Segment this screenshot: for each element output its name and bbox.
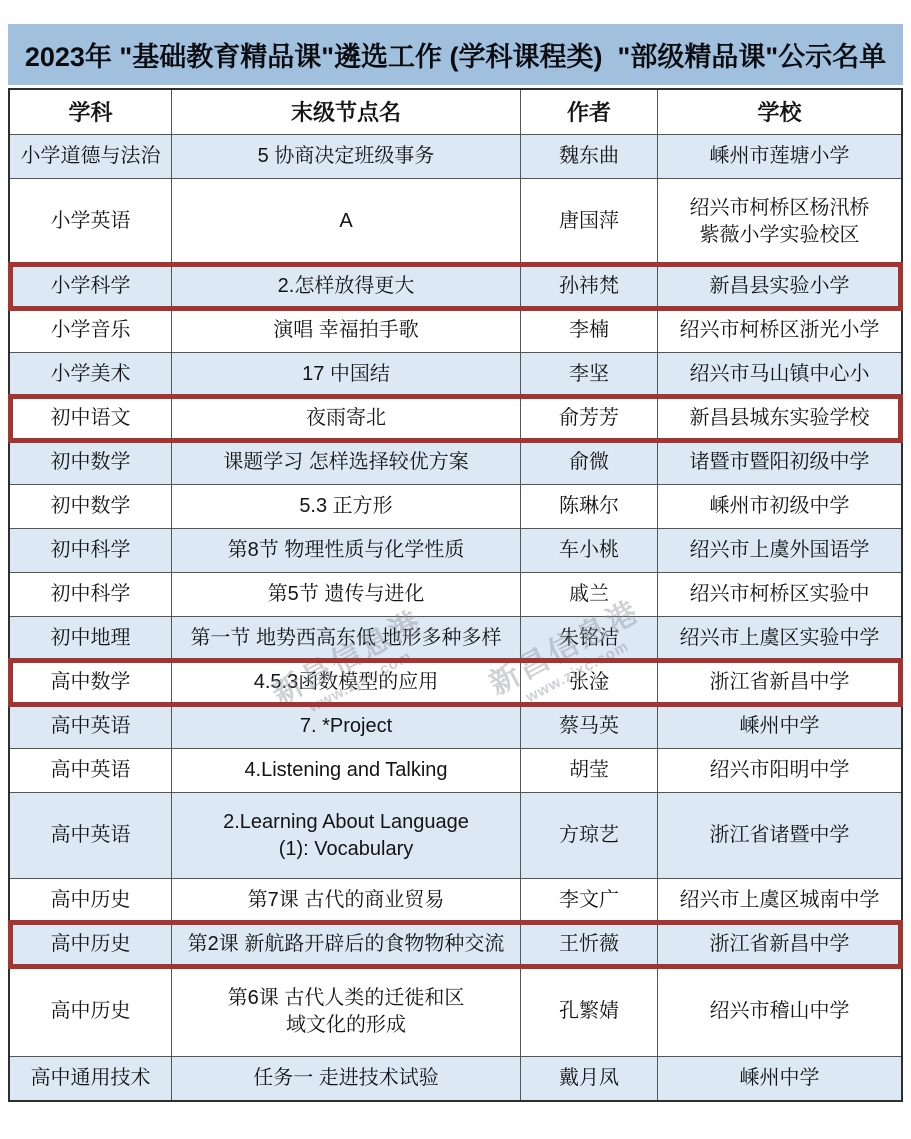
cell-subject: 高中英语 <box>10 793 171 878</box>
cell-school: 绍兴市稽山中学 <box>657 967 901 1056</box>
cell-node-name: A <box>171 179 520 264</box>
cell-node-name: 7. *Project <box>171 705 520 748</box>
cell-subject: 小学科学 <box>10 265 171 308</box>
table-row: 高中英语 2.Learning About Language (1): Voca… <box>10 792 901 878</box>
table-row: 小学音乐 演唱 幸福拍手歌 李楠 绍兴市柯桥区浙光小学 <box>10 308 901 352</box>
cell-author: 蔡马英 <box>520 705 657 748</box>
cell-author: 魏东曲 <box>520 135 657 178</box>
cell-school: 新昌县实验小学 <box>657 265 901 308</box>
cell-subject: 小学英语 <box>10 179 171 264</box>
cell-subject: 高中英语 <box>10 705 171 748</box>
table-body: 小学道德与法治 5 协商决定班级事务 魏东曲 嵊州市莲塘小学 小学英语 A 唐国… <box>10 134 901 1100</box>
cell-author: 唐国萍 <box>520 179 657 264</box>
table-row: 高中历史 第6课 古代人类的迁徙和区 域文化的形成 孔繁婧 绍兴市稽山中学 <box>10 966 901 1056</box>
cell-node-name: 课题学习 怎样选择较优方案 <box>171 441 520 484</box>
table-row-highlighted: 高中历史 第2课 新航路开辟后的食物物种交流 王忻薇 浙江省新昌中学 <box>10 922 901 966</box>
table-row: 小学英语 A 唐国萍 绍兴市柯桥区杨汛桥 紫薇小学实验校区 <box>10 178 901 264</box>
cell-school: 浙江省新昌中学 <box>657 661 901 704</box>
cell-subject: 初中语文 <box>10 397 171 440</box>
cell-node-name: 第一节 地势西高东低 地形多种多样 <box>171 617 520 660</box>
cell-subject: 初中科学 <box>10 529 171 572</box>
cell-author: 胡莹 <box>520 749 657 792</box>
cell-subject: 初中地理 <box>10 617 171 660</box>
results-table: 学科 末级节点名 作者 学校 小学道德与法治 5 协商决定班级事务 魏东曲 嵊州… <box>8 88 903 1102</box>
table-row: 高中通用技术 任务一 走进技术试验 戴月凤 嵊州中学 <box>10 1056 901 1100</box>
cell-author: 戚兰 <box>520 573 657 616</box>
cell-node-name: 4.Listening and Talking <box>171 749 520 792</box>
cell-subject: 小学音乐 <box>10 309 171 352</box>
cell-node-name: 5.3 正方形 <box>171 485 520 528</box>
cell-school: 浙江省诸暨中学 <box>657 793 901 878</box>
cell-school: 嵊州中学 <box>657 1057 901 1100</box>
cell-school: 绍兴市上虞外国语学 <box>657 529 901 572</box>
column-header-node-name: 末级节点名 <box>171 90 520 134</box>
cell-school: 绍兴市柯桥区杨汛桥 紫薇小学实验校区 <box>657 179 901 264</box>
cell-author: 朱铭洁 <box>520 617 657 660</box>
page-title: 2023年 "基础教育精品课"遴选工作 (学科课程类) "部级精品课"公示名单 <box>25 35 886 74</box>
table-row: 初中数学 课题学习 怎样选择较优方案 俞微 诸暨市暨阳初级中学 <box>10 440 901 484</box>
cell-author: 戴月凤 <box>520 1057 657 1100</box>
table-row: 初中科学 第5节 遗传与进化 戚兰 绍兴市柯桥区实验中 <box>10 572 901 616</box>
cell-node-name: 第8节 物理性质与化学性质 <box>171 529 520 572</box>
cell-node-name: 5 协商决定班级事务 <box>171 135 520 178</box>
table-row: 初中科学 第8节 物理性质与化学性质 车小桃 绍兴市上虞外国语学 <box>10 528 901 572</box>
cell-subject: 初中数学 <box>10 485 171 528</box>
column-header-subject: 学科 <box>10 90 171 134</box>
table-row-highlighted: 高中数学 4.5.3函数模型的应用 张淦 浙江省新昌中学 <box>10 660 901 704</box>
cell-subject: 高中历史 <box>10 879 171 922</box>
cell-author: 王忻薇 <box>520 923 657 966</box>
cell-subject: 初中科学 <box>10 573 171 616</box>
cell-school: 浙江省新昌中学 <box>657 923 901 966</box>
cell-author: 李文广 <box>520 879 657 922</box>
cell-subject: 高中通用技术 <box>10 1057 171 1100</box>
cell-author: 方琼艺 <box>520 793 657 878</box>
table-row: 小学道德与法治 5 协商决定班级事务 魏东曲 嵊州市莲塘小学 <box>10 134 901 178</box>
cell-subject: 高中历史 <box>10 967 171 1056</box>
cell-node-name: 演唱 幸福拍手歌 <box>171 309 520 352</box>
table-row-highlighted: 小学科学 2.怎样放得更大 孙祎梵 新昌县实验小学 <box>10 264 901 308</box>
cell-subject: 高中数学 <box>10 661 171 704</box>
cell-node-name: 任务一 走进技术试验 <box>171 1057 520 1100</box>
cell-subject: 小学美术 <box>10 353 171 396</box>
cell-node-name: 第5节 遗传与进化 <box>171 573 520 616</box>
cell-node-name: 第7课 古代的商业贸易 <box>171 879 520 922</box>
table-row: 初中数学 5.3 正方形 陈琳尔 嵊州市初级中学 <box>10 484 901 528</box>
cell-author: 孔繁婧 <box>520 967 657 1056</box>
table-row: 高中历史 第7课 古代的商业贸易 李文广 绍兴市上虞区城南中学 <box>10 878 901 922</box>
cell-school: 嵊州中学 <box>657 705 901 748</box>
title-banner: 2023年 "基础教育精品课"遴选工作 (学科课程类) "部级精品课"公示名单 <box>8 24 903 85</box>
cell-node-name: 17 中国结 <box>171 353 520 396</box>
cell-author: 李楠 <box>520 309 657 352</box>
cell-node-name: 夜雨寄北 <box>171 397 520 440</box>
cell-school: 绍兴市柯桥区浙光小学 <box>657 309 901 352</box>
table-row-highlighted: 初中语文 夜雨寄北 俞芳芳 新昌县城东实验学校 <box>10 396 901 440</box>
cell-author: 俞微 <box>520 441 657 484</box>
table-row: 初中地理 第一节 地势西高东低 地形多种多样 朱铭洁 绍兴市上虞区实验中学 <box>10 616 901 660</box>
table-row: 高中英语 4.Listening and Talking 胡莹 绍兴市阳明中学 <box>10 748 901 792</box>
cell-subject: 高中英语 <box>10 749 171 792</box>
cell-author: 俞芳芳 <box>520 397 657 440</box>
cell-node-name: 2.Learning About Language (1): Vocabular… <box>171 793 520 878</box>
cell-school: 绍兴市柯桥区实验中 <box>657 573 901 616</box>
cell-school: 新昌县城东实验学校 <box>657 397 901 440</box>
table-row: 小学美术 17 中国结 李坚 绍兴市马山镇中心小 <box>10 352 901 396</box>
cell-author: 张淦 <box>520 661 657 704</box>
table-header-row: 学科 末级节点名 作者 学校 <box>10 90 901 134</box>
column-header-school: 学校 <box>657 90 901 134</box>
cell-school: 绍兴市马山镇中心小 <box>657 353 901 396</box>
cell-node-name: 2.怎样放得更大 <box>171 265 520 308</box>
announcement-page: 2023年 "基础教育精品课"遴选工作 (学科课程类) "部级精品课"公示名单 … <box>0 0 911 1139</box>
column-header-author: 作者 <box>520 90 657 134</box>
cell-school: 嵊州市初级中学 <box>657 485 901 528</box>
cell-subject: 小学道德与法治 <box>10 135 171 178</box>
cell-node-name: 第2课 新航路开辟后的食物物种交流 <box>171 923 520 966</box>
cell-subject: 初中数学 <box>10 441 171 484</box>
cell-author: 车小桃 <box>520 529 657 572</box>
cell-author: 孙祎梵 <box>520 265 657 308</box>
cell-subject: 高中历史 <box>10 923 171 966</box>
cell-school: 绍兴市上虞区实验中学 <box>657 617 901 660</box>
cell-school: 嵊州市莲塘小学 <box>657 135 901 178</box>
table-row: 高中英语 7. *Project 蔡马英 嵊州中学 <box>10 704 901 748</box>
cell-author: 陈琳尔 <box>520 485 657 528</box>
cell-node-name: 第6课 古代人类的迁徙和区 域文化的形成 <box>171 967 520 1056</box>
cell-school: 绍兴市上虞区城南中学 <box>657 879 901 922</box>
cell-author: 李坚 <box>520 353 657 396</box>
cell-school: 诸暨市暨阳初级中学 <box>657 441 901 484</box>
cell-school: 绍兴市阳明中学 <box>657 749 901 792</box>
cell-node-name: 4.5.3函数模型的应用 <box>171 661 520 704</box>
